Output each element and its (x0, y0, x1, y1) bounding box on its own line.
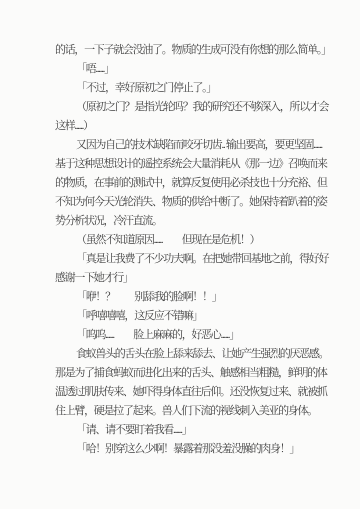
text-line: 的话，一下子就会没油了。物质的生成可没有你想的那么简单。」 (55, 41, 330, 60)
text-line: 感谢一下她才行」 (55, 269, 330, 288)
text-line: 的物质，在事前的测试中，就算反复使用必杀技也十分充裕、但 (55, 174, 330, 193)
text-line: 温透过肌肤传来、她吓得身体直往后仰。还没恢复过来、就被抓 (55, 383, 330, 402)
text-line: （原初之门？是指光轮吗？我的研究还不够深入，所以才会 (55, 98, 330, 117)
text-line: 那是为了捕食蚂蚁而进化出来的舌头、触感相当粗糙，鲜明的体 (55, 364, 330, 383)
text-line: （虽然不知道原因...... 但现在是危机！） (55, 231, 330, 250)
text-line: 又因为自己的技术缺陷而咬牙切齿.. 输出要高，要更坚固...... (55, 136, 330, 155)
text-line: 「真是让我费了不少功夫啊。在把她带回基地之前，得好好 (55, 250, 330, 269)
text-line: 这样......） (55, 117, 330, 136)
text-content: 的话，一下子就会没油了。物质的生成可没有你想的那么简单。」「唔......」「不… (55, 41, 330, 459)
text-line: 「唔......」 (55, 60, 330, 79)
text-line: 「哈！别穿这么少啊！暴露着那没羞没臊的肉身！」 (55, 440, 330, 459)
text-line: 「不过，幸好原初之门停止了。」 (55, 79, 330, 98)
text-line: 基于这种思想设计的遥控系统会大量消耗从《那一边》召唤而来 (55, 155, 330, 174)
text-line: 「呼嘻嘻嘻，这反应不错嘛」 (55, 307, 330, 326)
text-line: 「呜呜...... 脸上麻麻的，好恶心......」 (55, 326, 330, 345)
text-line: 住上臂，硬是拉了起来。兽人们下流的视线刺入美亚的身体。 (55, 402, 330, 421)
novel-page: 的话，一下子就会没油了。物质的生成可没有你想的那么简单。」「唔......」「不… (0, 0, 360, 509)
text-line: 不知为何今天光轮消失、物质的供给中断了。她保持着趴着的姿 (55, 193, 330, 212)
text-line: 势分析状况，冷汗直流。 (55, 212, 330, 231)
text-line: 「咿！？ 别舔我的脸啊！！」 (55, 288, 330, 307)
text-line: 「请、请不要盯着我看......」 (55, 421, 330, 440)
text-line: 食蚁兽头的舌头在脸上舔来舔去、让她产生强烈的厌恶感。 (55, 345, 330, 364)
